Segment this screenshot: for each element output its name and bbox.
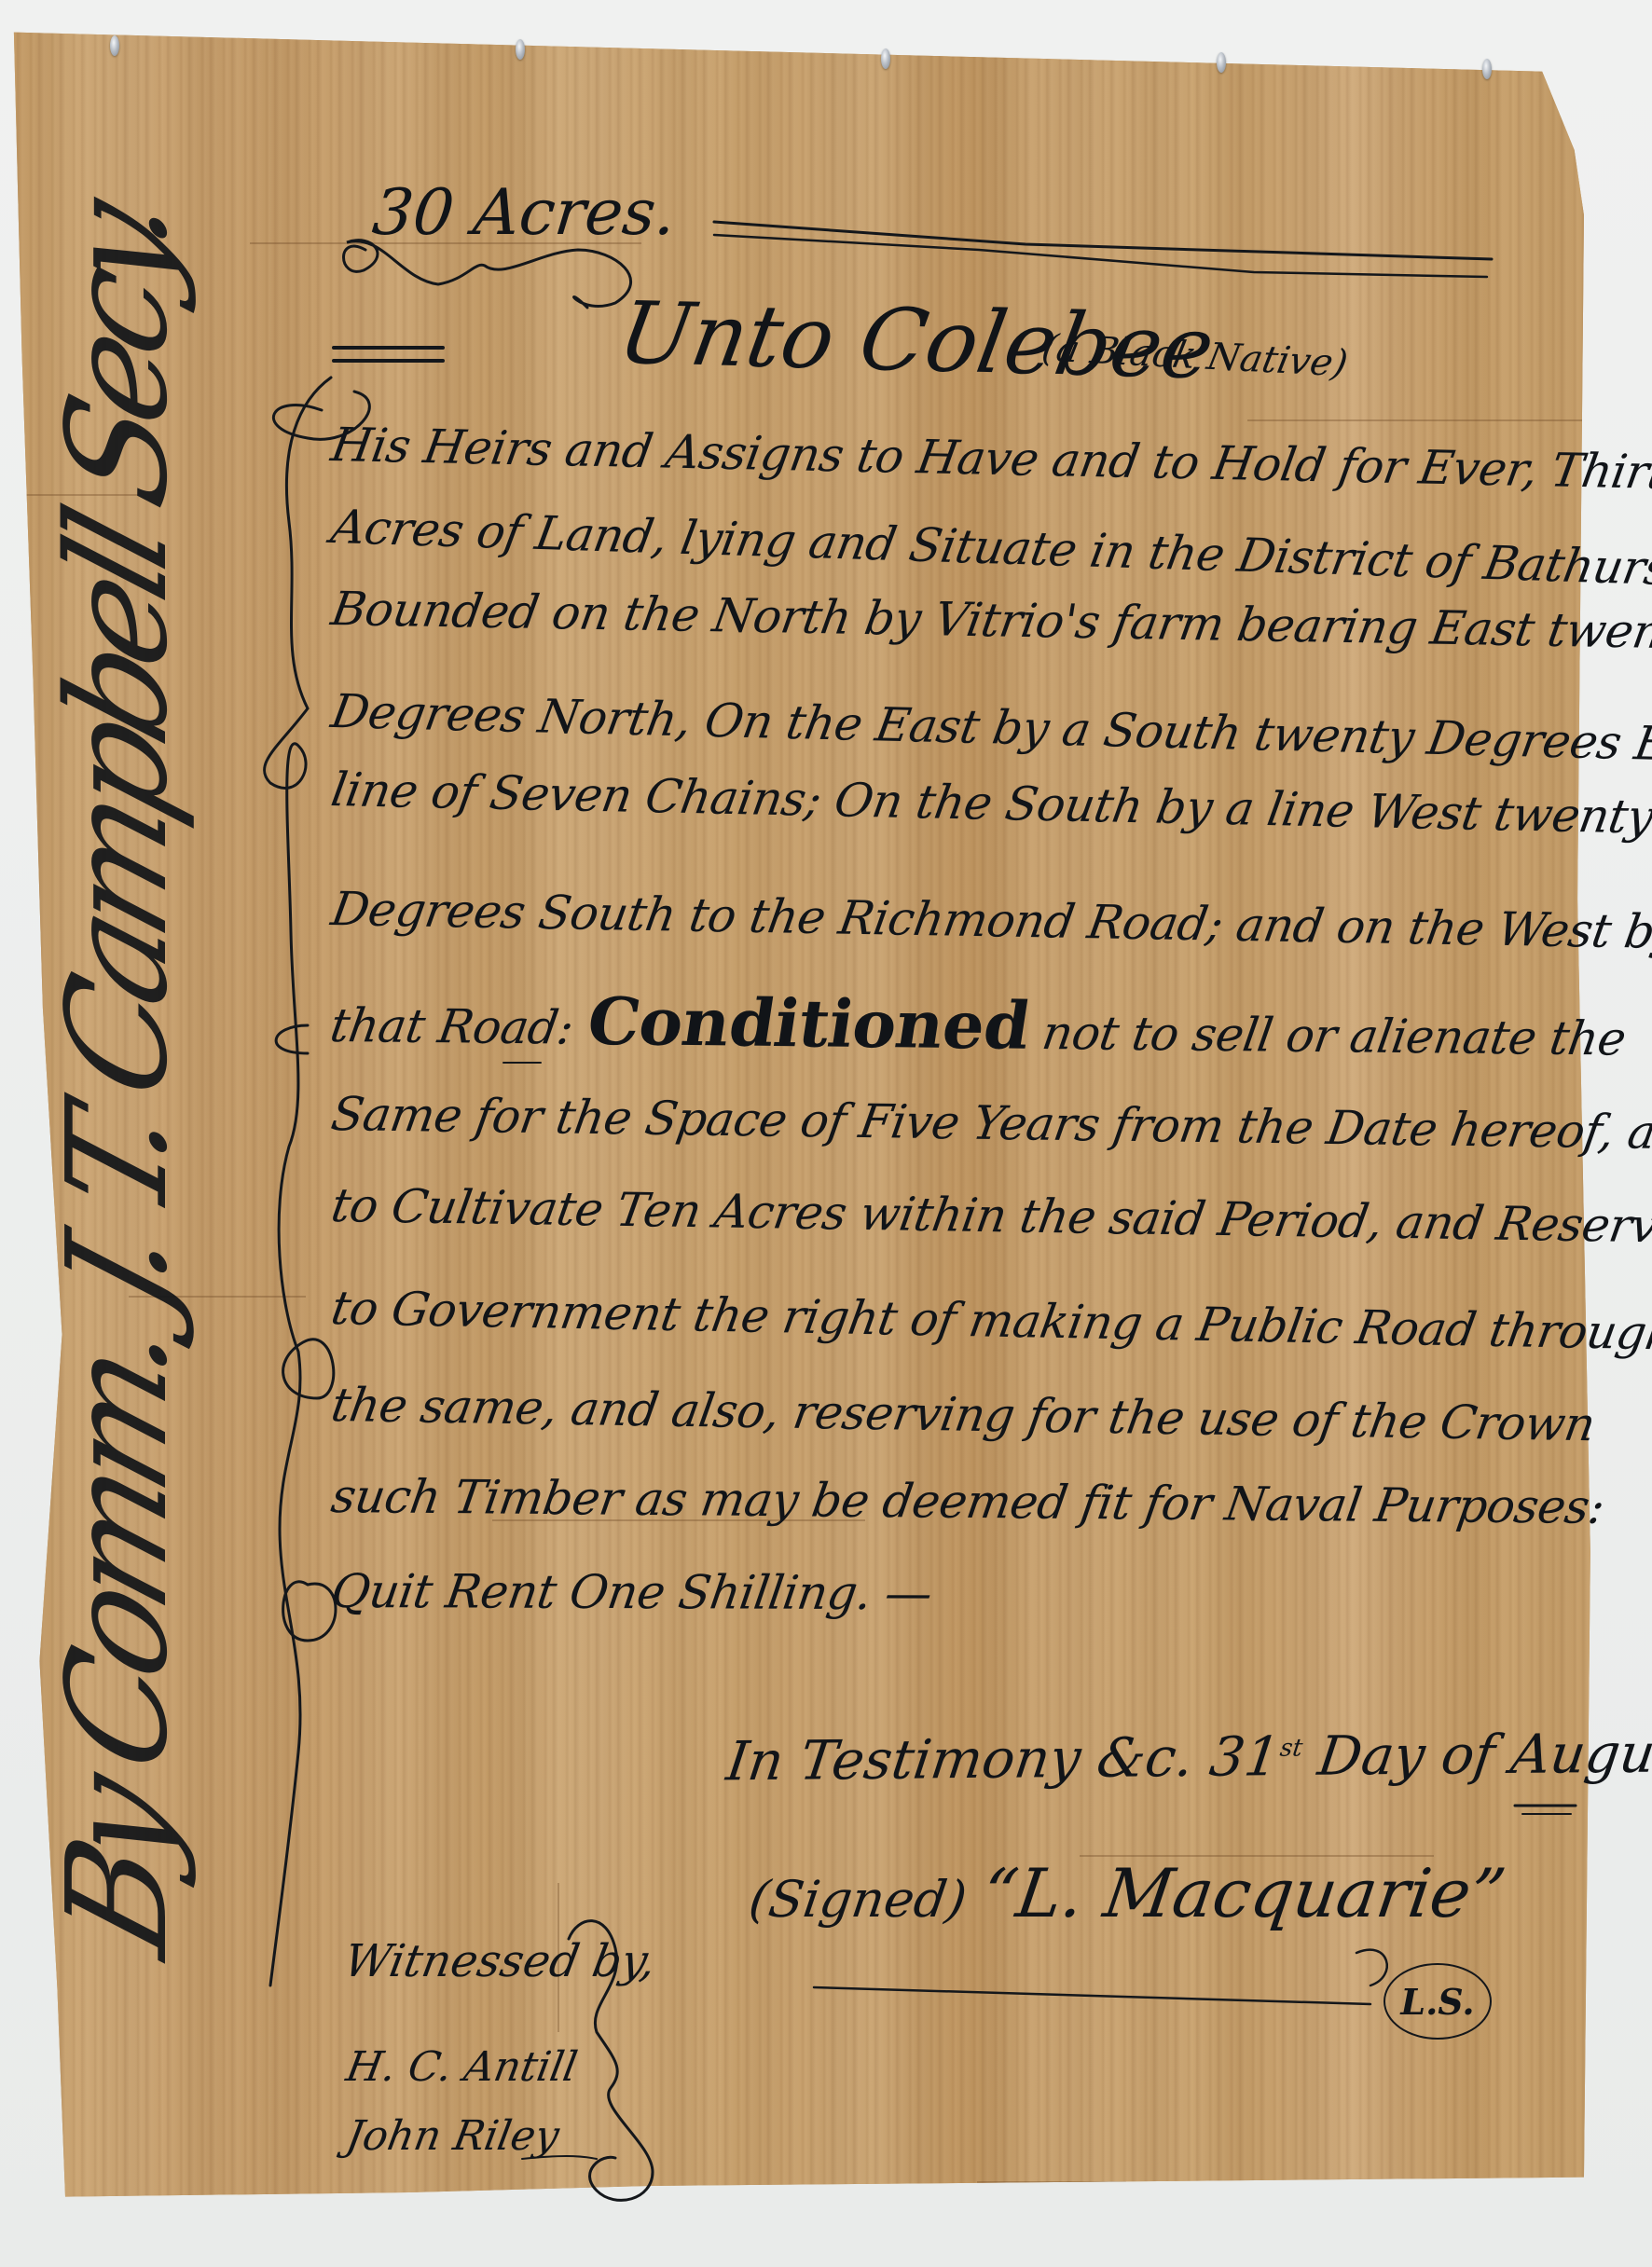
plank-seam xyxy=(1247,419,1583,421)
acreage-heading: 30 Acres. xyxy=(369,182,679,245)
push-pin-icon xyxy=(1482,59,1492,79)
grant-text-fragment: that Road: xyxy=(327,998,577,1055)
push-pin-icon xyxy=(1217,52,1226,73)
push-pin-icon xyxy=(881,48,890,69)
margin-signature: By Comm. J. T. Campbell Secy. xyxy=(37,180,198,1972)
grant-text-line: Quit Rent One Shilling. — xyxy=(328,1568,934,1616)
testimony-line: In Testimony &c. 31st Day of August 1819 xyxy=(723,1724,1652,1789)
testimony-date: Day of August 1819 xyxy=(1315,1720,1652,1788)
push-pin-icon xyxy=(110,35,119,56)
grant-text-line: that Road: Conditioned not to sell or al… xyxy=(327,986,1631,1065)
seal-mark: L.S. xyxy=(1384,1963,1492,2040)
witness-name: John Riley xyxy=(343,2116,562,2157)
signatory-name: “L. Macquarie” xyxy=(978,1854,1510,1932)
witness-name: H. C. Antill xyxy=(343,2047,580,2088)
conditioned-word: Conditioned xyxy=(583,982,1036,1065)
testimony-prefix: In Testimony &c. xyxy=(723,1725,1198,1793)
grant-text-line: such Timber as may be deemed fit for Nav… xyxy=(328,1473,1607,1531)
signed-label: (Signed) xyxy=(746,1870,971,1929)
grant-text-fragment: not to sell or alienate the xyxy=(1039,1006,1629,1065)
signature-line: (Signed) “L. Macquarie” xyxy=(746,1860,1509,1927)
testimony-day: 31 xyxy=(1206,1724,1284,1789)
testimony-day-suffix: st xyxy=(1278,1735,1304,1763)
witness-label: Witnessed by, xyxy=(341,1939,659,1984)
push-pin-icon xyxy=(516,39,525,60)
